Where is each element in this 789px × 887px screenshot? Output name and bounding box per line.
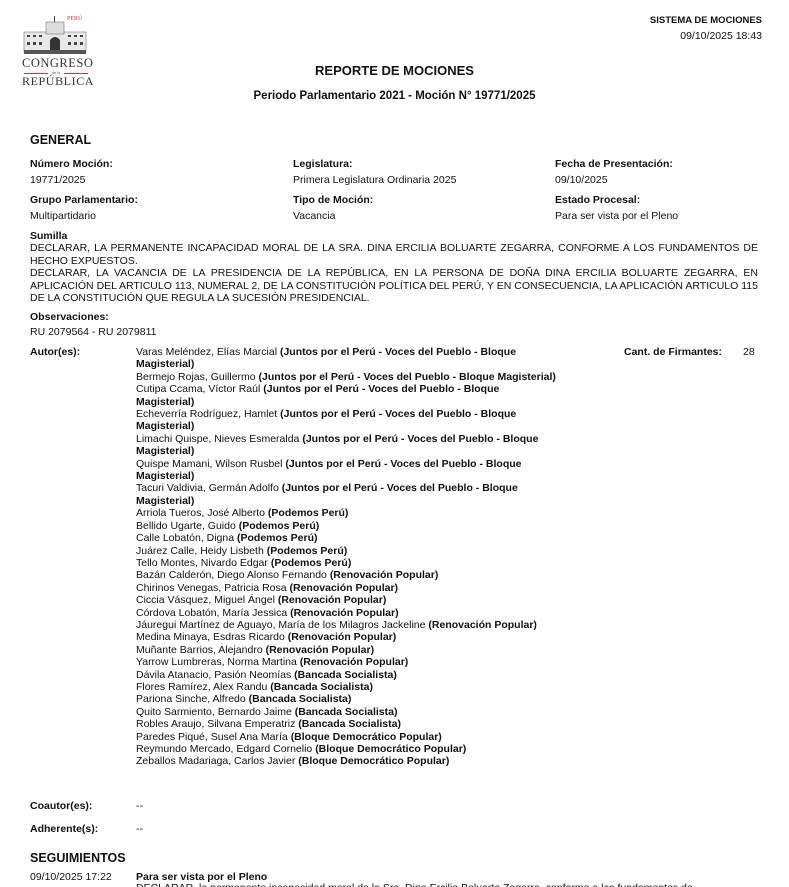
author-name: Tacuri Valdivia, Germán Adolfo bbox=[136, 482, 279, 494]
numero-mocion-label: Número Moción: bbox=[30, 158, 113, 170]
author-item: Limachi Quispe, Nieves Esmeralda (Juntos… bbox=[136, 433, 556, 458]
author-item: Echeverría Rodríguez, Hamlet (Juntos por… bbox=[136, 408, 556, 433]
author-name: Flores Ramírez, Alex Randu bbox=[136, 681, 267, 693]
grupo-parlamentario-value: Multipartidario bbox=[30, 210, 96, 222]
author-item: Varas Meléndez, Elías Marcial (Juntos po… bbox=[136, 346, 556, 371]
tipo-mocion-value: Vacancia bbox=[293, 210, 335, 222]
author-name: Chirinos Venegas, Patricia Rosa bbox=[136, 582, 287, 594]
author-party: (Bloque Democrático Popular) bbox=[298, 755, 449, 767]
author-party: (Bancada Socialista) bbox=[298, 718, 401, 730]
author-item: Chirinos Venegas, Patricia Rosa (Renovac… bbox=[136, 582, 556, 594]
section-general-heading: GENERAL bbox=[30, 133, 91, 147]
author-name: Quispe Mamani, Wilson Rusbel bbox=[136, 458, 282, 470]
seguimiento-text: DECLARAR, la permanente incapacidad mora… bbox=[136, 882, 756, 887]
legislatura-label: Legislatura: bbox=[293, 158, 353, 170]
author-name: Echeverría Rodríguez, Hamlet bbox=[136, 408, 277, 420]
numero-mocion-value: 19771/2025 bbox=[30, 174, 85, 186]
author-party: (Renovación Popular) bbox=[290, 607, 399, 619]
author-party: (Renovación Popular) bbox=[266, 644, 375, 656]
author-item: Córdova Lobatón, María Jessica (Renovaci… bbox=[136, 607, 556, 619]
author-party: (Renovación Popular) bbox=[428, 619, 537, 631]
sumilla-paragraph: DECLARAR, LA VACANCIA DE LA PRESIDENCIA … bbox=[30, 267, 758, 305]
logo-country: PERÚ bbox=[67, 16, 82, 22]
author-name: Bermejo Rojas, Guillermo bbox=[136, 371, 256, 383]
author-item: Dávila Atanacio, Pasión Neomías (Bancada… bbox=[136, 669, 556, 681]
author-item: Bermejo Rojas, Guillermo (Juntos por el … bbox=[136, 371, 556, 383]
author-item: Jáuregui Martínez de Aguayo, María de lo… bbox=[136, 619, 556, 631]
author-item: Flores Ramírez, Alex Randu (Bancada Soci… bbox=[136, 681, 556, 693]
adherentes-value: -- bbox=[136, 823, 143, 835]
sumilla-text: DECLARAR, LA PERMANENTE INCAPACIDAD MORA… bbox=[30, 242, 758, 305]
adherentes-label: Adherente(s): bbox=[30, 823, 98, 835]
author-party: (Podemos Perú) bbox=[239, 520, 320, 532]
coautores-label: Coautor(es): bbox=[30, 800, 92, 812]
author-name: Juárez Calle, Heidy Lisbeth bbox=[136, 545, 264, 557]
author-name: Bazán Calderón, Diego Alonso Fernando bbox=[136, 569, 327, 581]
author-name: Quito Sarmiento, Bernardo Jaime bbox=[136, 706, 292, 718]
legislatura-value: Primera Legislatura Ordinaria 2025 bbox=[293, 174, 456, 186]
coautores-value: -- bbox=[136, 800, 143, 812]
author-item: Yarrow Lumbreras, Norma Martina (Renovac… bbox=[136, 656, 556, 668]
author-item: Zeballos Madariaga, Carlos Javier (Bloqu… bbox=[136, 755, 556, 767]
author-name: Limachi Quispe, Nieves Esmeralda bbox=[136, 433, 299, 445]
author-party: (Bloque Democrático Popular) bbox=[315, 743, 466, 755]
fecha-presentacion-value: 09/10/2025 bbox=[555, 174, 608, 186]
estado-procesal-label: Estado Procesal: bbox=[555, 194, 640, 206]
author-item: Quito Sarmiento, Bernardo Jaime (Bancada… bbox=[136, 706, 556, 718]
observaciones-value: RU 2079564 - RU 2079811 bbox=[30, 326, 156, 338]
author-party: (Renovación Popular) bbox=[290, 582, 399, 594]
author-item: Bazán Calderón, Diego Alonso Fernando (R… bbox=[136, 569, 556, 581]
author-name: Pariona Sinche, Alfredo bbox=[136, 693, 246, 705]
author-item: Robles Araujo, Silvana Emperatriz (Banca… bbox=[136, 718, 556, 730]
author-party: (Podemos Perú) bbox=[267, 545, 348, 557]
author-item: Juárez Calle, Heidy Lisbeth (Podemos Per… bbox=[136, 545, 556, 557]
section-seguimientos-heading: SEGUIMIENTOS bbox=[30, 851, 126, 865]
system-name: SISTEMA DE MOCIONES bbox=[650, 15, 762, 26]
author-item: Paredes Piqué, Susel Ana María (Bloque D… bbox=[136, 731, 556, 743]
author-name: Yarrow Lumbreras, Norma Martina bbox=[136, 656, 297, 668]
generated-timestamp: 09/10/2025 18:43 bbox=[680, 30, 762, 42]
observaciones-label: Observaciones: bbox=[30, 311, 109, 323]
author-name: Muñante Barrios, Alejandro bbox=[136, 644, 263, 656]
author-item: Tello Montes, Nivardo Edgar (Podemos Per… bbox=[136, 557, 556, 569]
author-name: Dávila Atanacio, Pasión Neomías bbox=[136, 669, 291, 681]
author-name: Jáuregui Martínez de Aguayo, María de lo… bbox=[136, 619, 425, 631]
author-party: (Renovación Popular) bbox=[278, 594, 387, 606]
tipo-mocion-label: Tipo de Moción: bbox=[293, 194, 373, 206]
author-name: Arriola Tueros, José Alberto bbox=[136, 507, 265, 519]
author-item: Bellido Ugarte, Guido (Podemos Perú) bbox=[136, 520, 556, 532]
author-party: (Bancada Socialista) bbox=[270, 681, 373, 693]
author-name: Cutipa Ccama, Víctor Raúl bbox=[136, 383, 260, 395]
author-name: Tello Montes, Nivardo Edgar bbox=[136, 557, 268, 569]
author-name: Zeballos Madariaga, Carlos Javier bbox=[136, 755, 295, 767]
author-party: (Bancada Socialista) bbox=[294, 669, 397, 681]
fecha-presentacion-label: Fecha de Presentación: bbox=[555, 158, 673, 170]
author-item: Quispe Mamani, Wilson Rusbel (Juntos por… bbox=[136, 458, 556, 483]
author-name: Bellido Ugarte, Guido bbox=[136, 520, 236, 532]
author-name: Córdova Lobatón, María Jessica bbox=[136, 607, 287, 619]
author-item: Ciccia Vásquez, Miguel Ángel (Renovación… bbox=[136, 594, 556, 606]
seguimiento-datetime: 09/10/2025 17:22 bbox=[30, 871, 112, 883]
author-item: Reymundo Mercado, Edgard Cornelio (Bloqu… bbox=[136, 743, 556, 755]
sumilla-label: Sumilla bbox=[30, 230, 67, 242]
author-name: Calle Lobatón, Digna bbox=[136, 532, 234, 544]
author-party: (Podemos Perú) bbox=[271, 557, 352, 569]
report-title: REPORTE DE MOCIONES bbox=[0, 63, 789, 78]
firmantes-label: Cant. de Firmantes: bbox=[624, 346, 722, 358]
author-item: Calle Lobatón, Digna (Podemos Perú) bbox=[136, 532, 556, 544]
author-party: (Renovación Popular) bbox=[288, 631, 397, 643]
author-item: Muñante Barrios, Alejandro (Renovación P… bbox=[136, 644, 556, 656]
author-name: Paredes Piqué, Susel Ana María bbox=[136, 731, 288, 743]
author-party: (Bancada Socialista) bbox=[295, 706, 398, 718]
author-name: Reymundo Mercado, Edgard Cornelio bbox=[136, 743, 312, 755]
autores-label: Autor(es): bbox=[30, 346, 80, 358]
author-name: Varas Meléndez, Elías Marcial bbox=[136, 346, 277, 358]
firmantes-count: 28 bbox=[743, 346, 755, 358]
author-item: Pariona Sinche, Alfredo (Bancada Sociali… bbox=[136, 693, 556, 705]
estado-procesal-value: Para ser vista por el Pleno bbox=[555, 210, 678, 222]
author-party: (Podemos Perú) bbox=[237, 532, 318, 544]
author-party: (Juntos por el Perú - Voces del Pueblo -… bbox=[259, 371, 556, 383]
author-item: Arriola Tueros, José Alberto (Podemos Pe… bbox=[136, 507, 556, 519]
authors-list: Varas Meléndez, Elías Marcial (Juntos po… bbox=[136, 346, 556, 768]
author-item: Medina Minaya, Esdras Ricardo (Renovació… bbox=[136, 631, 556, 643]
author-name: Ciccia Vásquez, Miguel Ángel bbox=[136, 594, 275, 606]
author-party: (Podemos Perú) bbox=[268, 507, 349, 519]
author-party: (Renovación Popular) bbox=[330, 569, 439, 581]
author-name: Medina Minaya, Esdras Ricardo bbox=[136, 631, 285, 643]
report-subtitle: Periodo Parlamentario 2021 - Moción N° 1… bbox=[0, 90, 789, 102]
grupo-parlamentario-label: Grupo Parlamentario: bbox=[30, 194, 138, 206]
author-party: (Bloque Democrático Popular) bbox=[291, 731, 442, 743]
author-name: Robles Araujo, Silvana Emperatriz bbox=[136, 718, 295, 730]
sumilla-paragraph: DECLARAR, LA PERMANENTE INCAPACIDAD MORA… bbox=[30, 242, 758, 267]
author-party: (Bancada Socialista) bbox=[249, 693, 352, 705]
author-item: Cutipa Ccama, Víctor Raúl (Juntos por el… bbox=[136, 383, 556, 408]
author-party: (Renovación Popular) bbox=[300, 656, 409, 668]
author-item: Tacuri Valdivia, Germán Adolfo (Juntos p… bbox=[136, 482, 556, 507]
